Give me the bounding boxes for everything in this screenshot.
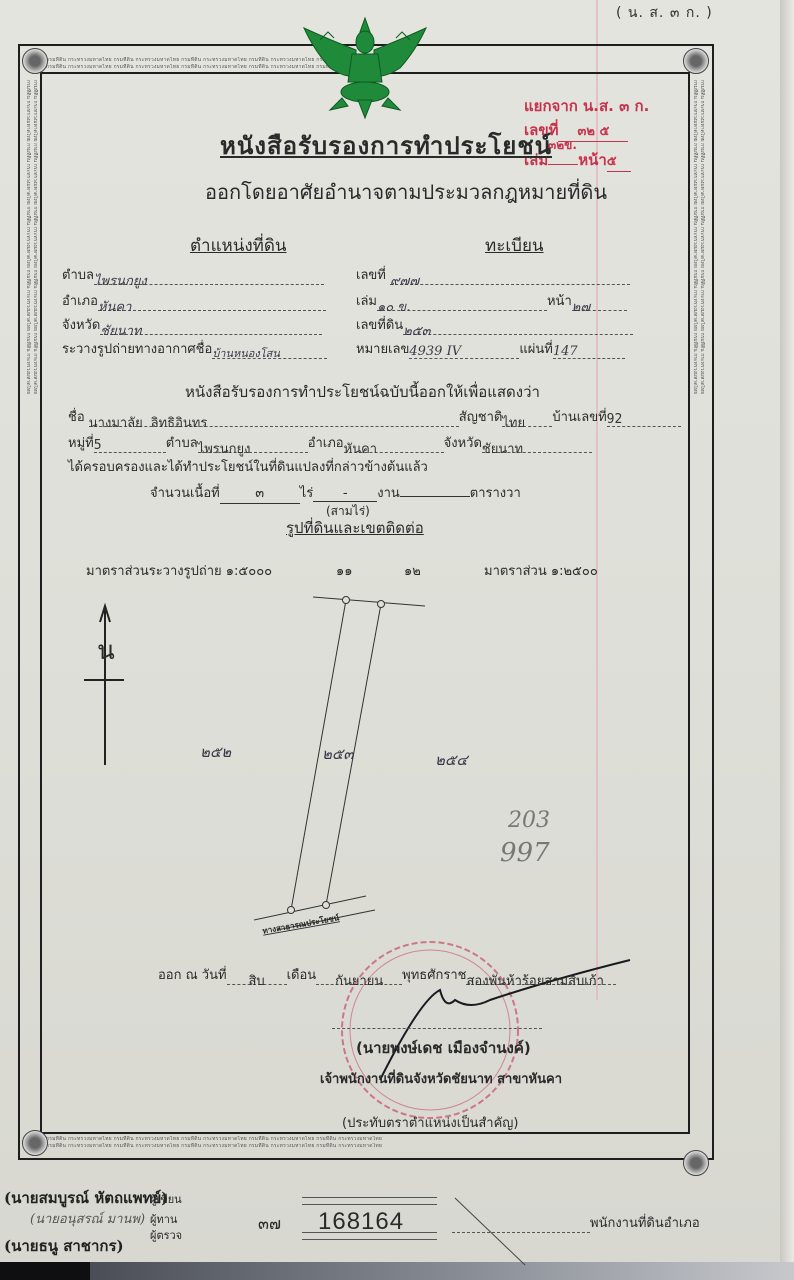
scale-label: มาตราส่วน: [484, 564, 547, 579]
reg-page-label: หน้า: [547, 294, 572, 309]
cert-tambon-value: ไพรนกยูง: [198, 438, 308, 453]
possession-statement: ได้ครอบครองและได้ทำประโยชน์ในที่ดินแปลงท…: [68, 456, 428, 477]
aerial-photo-value: บ้านหนองโสน: [212, 344, 327, 359]
house-no-value: 92: [607, 412, 681, 427]
serial-guilloche: [302, 1197, 437, 1198]
month-label: เดือน: [287, 968, 317, 983]
parcel-west-number: ๒๕๒: [200, 740, 231, 764]
tambon-value: ไพรนกยูง: [94, 270, 324, 285]
signature-line: [332, 1028, 542, 1029]
photo-scale-label: มาตราส่วนระวางรูปถ่าย: [86, 564, 222, 579]
wa-label: ตารางวา: [470, 486, 521, 501]
seal-icon: [22, 48, 48, 74]
province-label: จังหวัด: [62, 318, 100, 333]
scale-value: ๑:๒๕๐๐: [551, 564, 598, 579]
red-page-value: ๕: [607, 150, 631, 172]
parcel-label: เลขที่ดิน: [356, 318, 403, 333]
registration-heading: ทะเบียน: [485, 232, 544, 259]
parcel-center-number: ๒๕๓: [322, 742, 354, 766]
document-subtitle: ออกโดยอาศัยอำนาจตามประมวลกฎหมายที่ดิน: [205, 176, 607, 208]
house-no-label: บ้านเลขที่: [552, 410, 606, 425]
checker-name: (นายอนุสรณ์ มานพ): [30, 1208, 145, 1229]
reg-book-label: เล่ม: [356, 294, 377, 309]
signer-title: เจ้าพนักงานที่ดินจังหวัดชัยนาท สาขาหันคา: [320, 1068, 562, 1089]
photo-scale-value: ๑:๕๐๐๐: [226, 564, 272, 579]
issue-year: สองพันห้าร้อยสามสิบเก้า: [466, 970, 616, 985]
aerial-photo-label: ระวางรูปถ่ายทางอากาศชื่อ: [62, 342, 212, 357]
cert-province-value: ชัยนาท: [482, 438, 592, 453]
seal-icon: [683, 1150, 709, 1176]
inspector-name: (นายธนู สาชากร): [4, 1234, 124, 1258]
cert-amphoe-value: หันคา: [344, 438, 444, 453]
background-surface: [0, 1262, 794, 1280]
tambon-label: ตำบล: [62, 268, 94, 283]
serial-prefix: ๓๗: [258, 1212, 281, 1237]
border-text-left: กรมที่ดิน กระทรวงมหาดไทย กรมที่ดิน กระทร…: [24, 80, 31, 1130]
cert-province-label: จังหวัด: [444, 436, 482, 451]
reg-page-value: ๒๗: [572, 296, 627, 311]
wa-value: [400, 496, 470, 497]
nationality-value: ไทย: [502, 412, 552, 427]
pencil-note-2: 997: [500, 838, 550, 868]
writer-role: ผู้เขียน: [150, 1190, 182, 1208]
holder-name-value: นางมาลัย ลิทธิอินทร: [89, 412, 459, 427]
rai-value: ๓: [220, 482, 300, 504]
cert-tambon-label: ตำบล: [166, 436, 198, 451]
form-code: ( น. ส. ๓ ก. ): [616, 2, 713, 24]
area-label: จำนวนเนื้อที่: [150, 486, 220, 501]
garuda-emblem-icon: [290, 10, 440, 122]
ngan-value: -: [313, 486, 377, 502]
issued-label: ออก ณ วันที่: [158, 968, 227, 983]
sheet-value: 147: [553, 344, 625, 359]
border-text-right-2: กรมที่ดิน กระทรวงมหาดไทย กรมที่ดิน กระทร…: [698, 80, 705, 1130]
seal-icon: [683, 48, 709, 74]
map-code-value: 4939 IV: [409, 344, 519, 359]
amphoe-value: หันคา: [98, 296, 326, 311]
year-label: พุทธศักราช: [402, 968, 466, 983]
grid-right-number: ๑๒: [404, 560, 421, 581]
serial-guilloche: [302, 1239, 437, 1240]
reg-number-value: ๙๗๗: [390, 270, 630, 285]
moo-label: หมู่ที่: [68, 436, 94, 451]
nationality-label: สัญชาติ: [459, 410, 503, 425]
ngan-label: งาน: [377, 486, 400, 501]
reg-number-label: เลขที่: [356, 268, 386, 283]
paper-edge: [780, 0, 794, 1280]
grid-left-number: ๑๑: [336, 560, 353, 581]
amphoe-label: อำเภอ: [62, 294, 98, 309]
parcel-east-number: ๒๕๔: [435, 748, 468, 772]
border-text-right: กรมที่ดิน กระทรวงมหาดไทย กรมที่ดิน กระทร…: [691, 80, 698, 1130]
issue-day: สิบ: [227, 970, 287, 985]
parcel-value: ๒๕๓: [403, 320, 633, 335]
split-from-annotation: แยกจาก น.ส. ๓ ก.: [524, 94, 649, 118]
officer-label: พนักงานที่ดินอำเภอ: [590, 1216, 700, 1231]
north-label: น: [97, 630, 115, 671]
signer-name: (นายพงษ์เดช เมืองจำนงค์): [356, 1036, 531, 1060]
issue-month: กันยายน: [316, 970, 402, 985]
document-title: หนังสือรับรองการทำประโยชน์: [220, 126, 552, 165]
seal-note: (ประทับตราตำแหน่งเป็นสำคัญ): [342, 1112, 518, 1133]
province-value: ชัยนาท: [100, 320, 322, 335]
sheet-label: แผ่นที่: [519, 342, 552, 357]
map-code-label: หมายเลข: [356, 342, 409, 357]
border-text-bottom: กรมที่ดิน กระทรวงมหาดไทย กรมที่ดิน กระทร…: [46, 1136, 686, 1143]
rai-label: ไร่: [300, 486, 314, 501]
certification-intro: หนังสือรับรองการทำประโยชน์ฉบับนี้ออกให้เ…: [185, 380, 540, 404]
pencil-note-1: 203: [508, 808, 550, 833]
moo-value: 5: [94, 438, 166, 453]
border-text-left-2: กรมที่ดิน กระทรวงมหาดไทย กรมที่ดิน กระทร…: [31, 80, 38, 1130]
inspector-role: ผู้ตรวจ: [150, 1226, 182, 1244]
reg-book-value: ๑๐ ข.: [377, 296, 547, 311]
seal-icon: [22, 1130, 48, 1156]
map-heading: รูปที่ดินและเขตติดต่อ: [286, 516, 424, 540]
serial-number: 168164: [318, 1208, 404, 1236]
writer-name: (นายสมบูรณ์ หัตถแพทย์): [4, 1186, 168, 1210]
border-text-bottom-2: กรมที่ดิน กระทรวงมหาดไทย กรมที่ดิน กระทร…: [46, 1143, 686, 1150]
serial-guilloche: [302, 1204, 437, 1205]
cert-amphoe-label: อำเภอ: [308, 436, 344, 451]
red-page-label: หน้า: [578, 151, 607, 169]
holder-name-label: ชื่อ: [68, 410, 85, 425]
location-heading: ตำแหน่งที่ดิน: [190, 232, 287, 259]
